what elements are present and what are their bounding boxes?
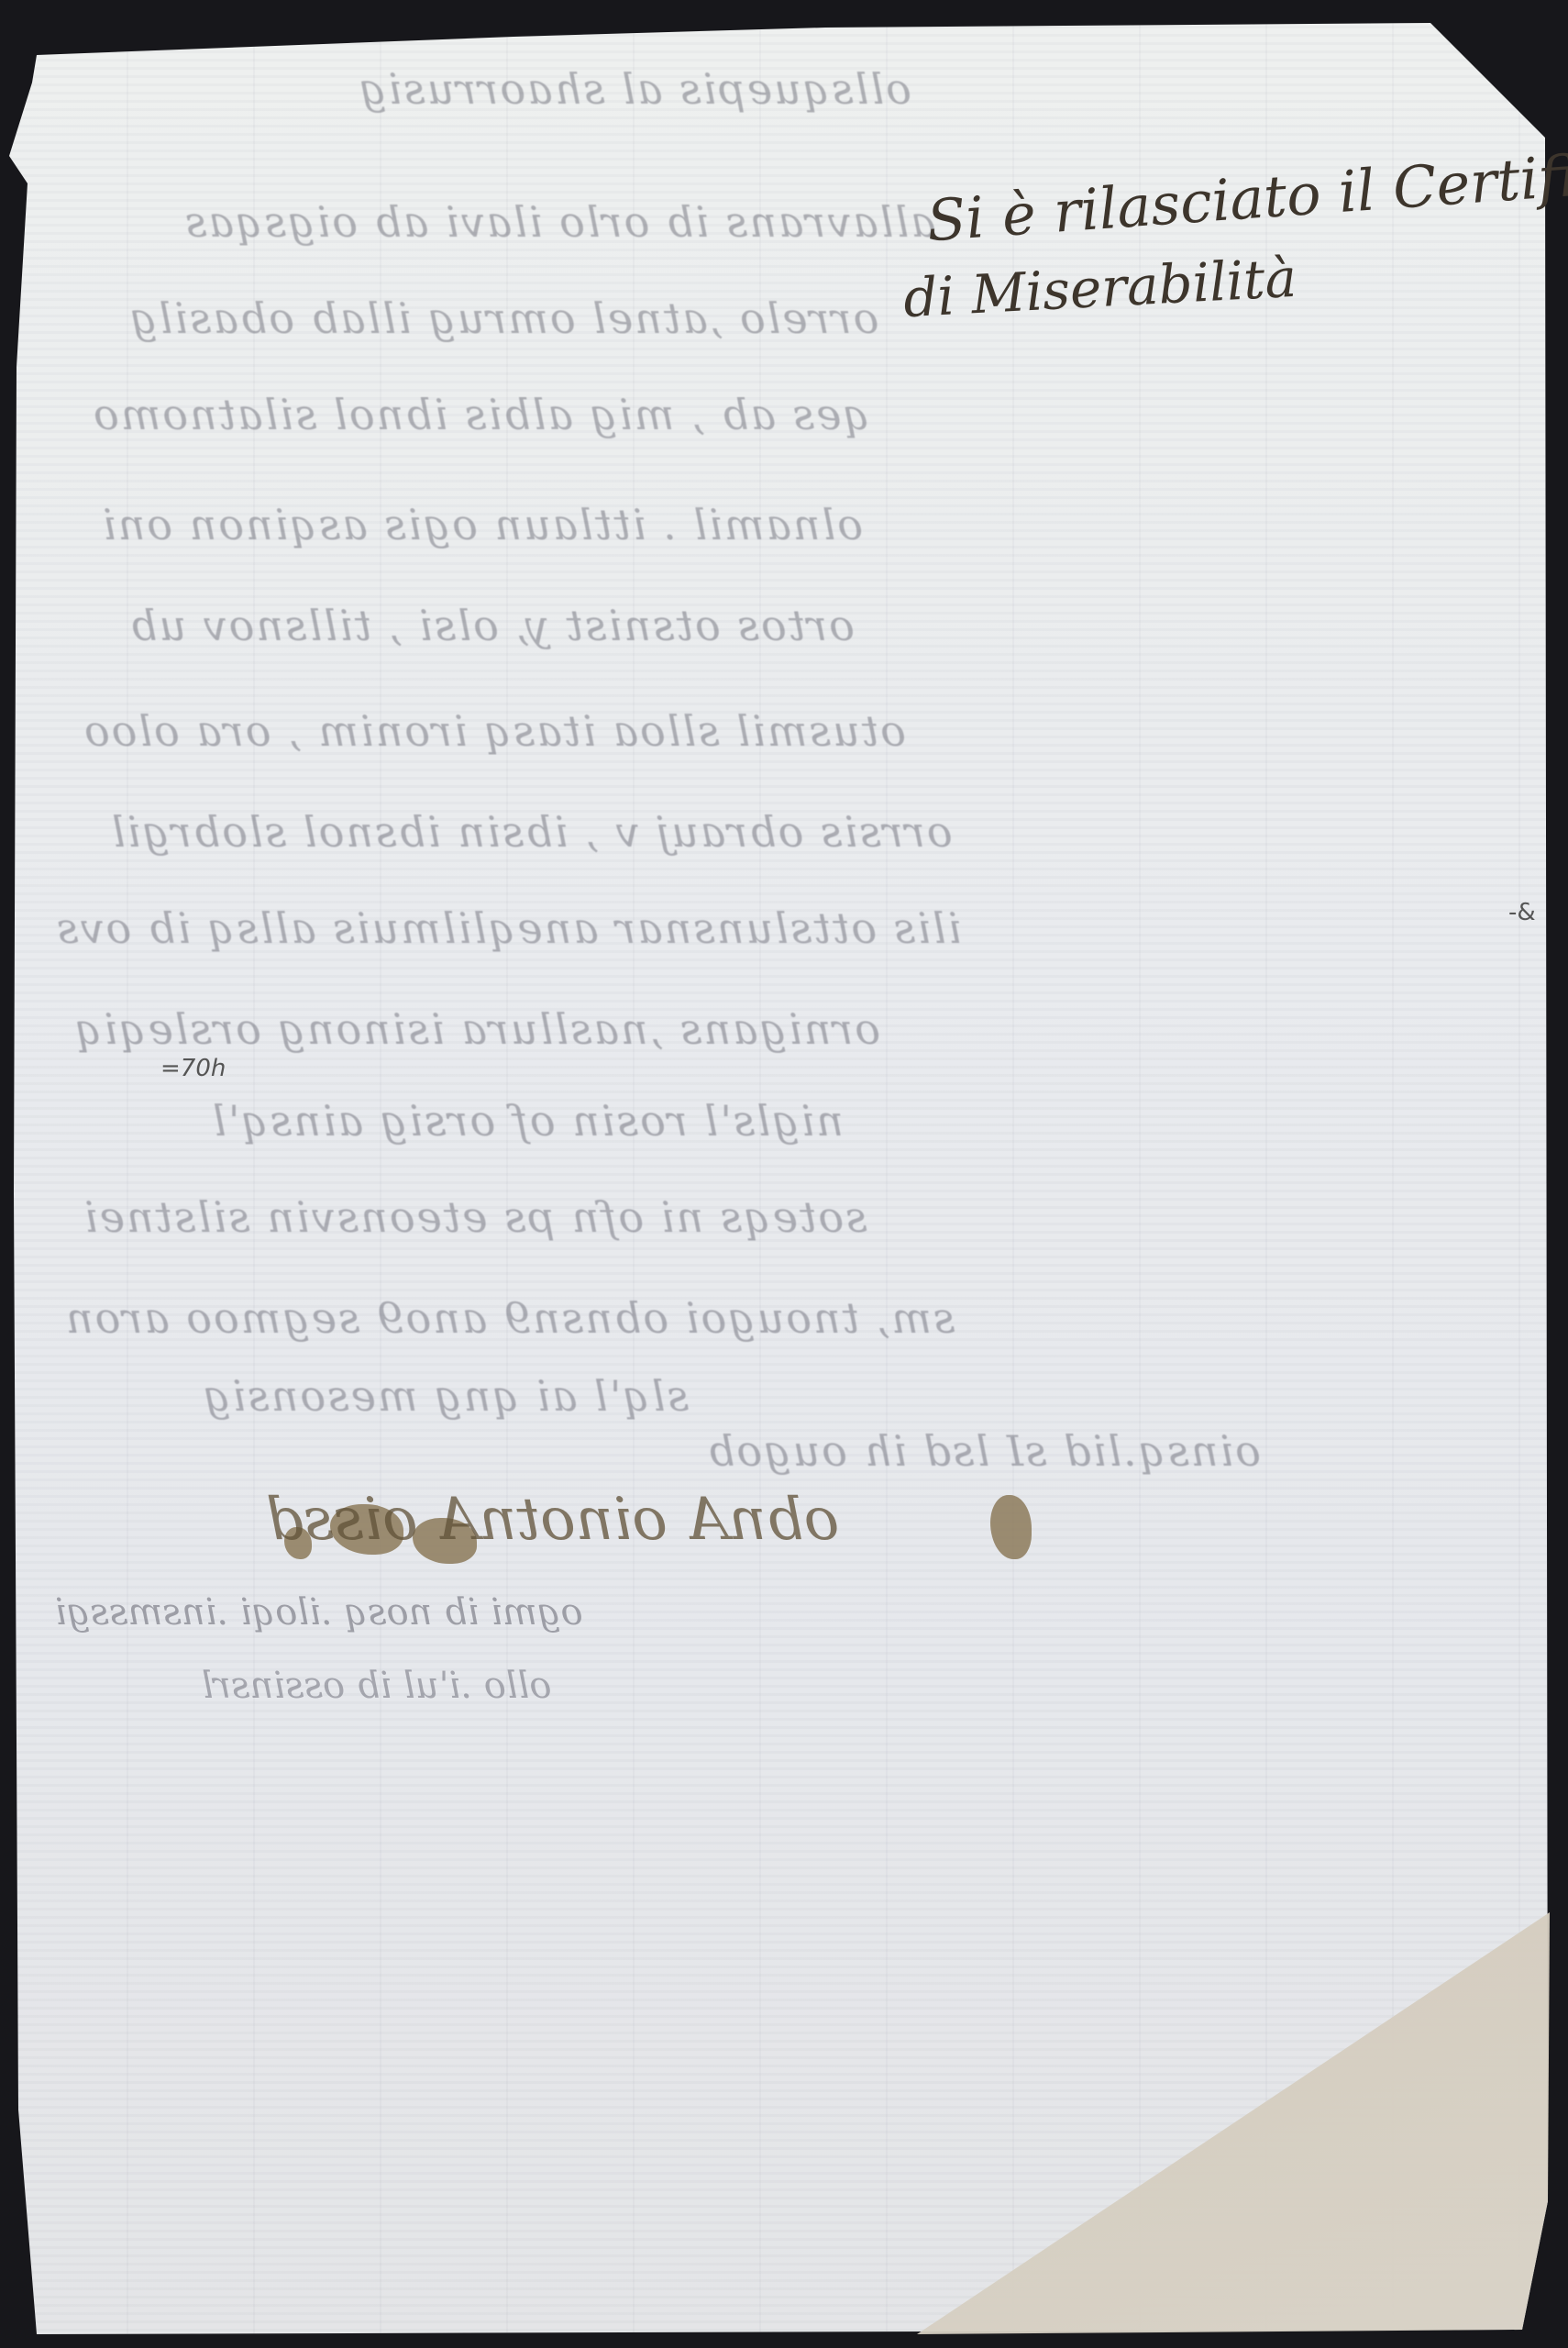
signature-line: ollo .i'ul ib ossinsrl — [202, 1665, 551, 1707]
signature-line: obnA oinotnA oissd — [266, 1486, 839, 1554]
margin-mark: -& — [1508, 899, 1536, 926]
margin-mark: =70h — [160, 1055, 226, 1082]
signature-line: ogmi ib nosq .iloqi .insmssgi — [55, 1591, 583, 1634]
manuscript-page — [0, 0, 1568, 2348]
